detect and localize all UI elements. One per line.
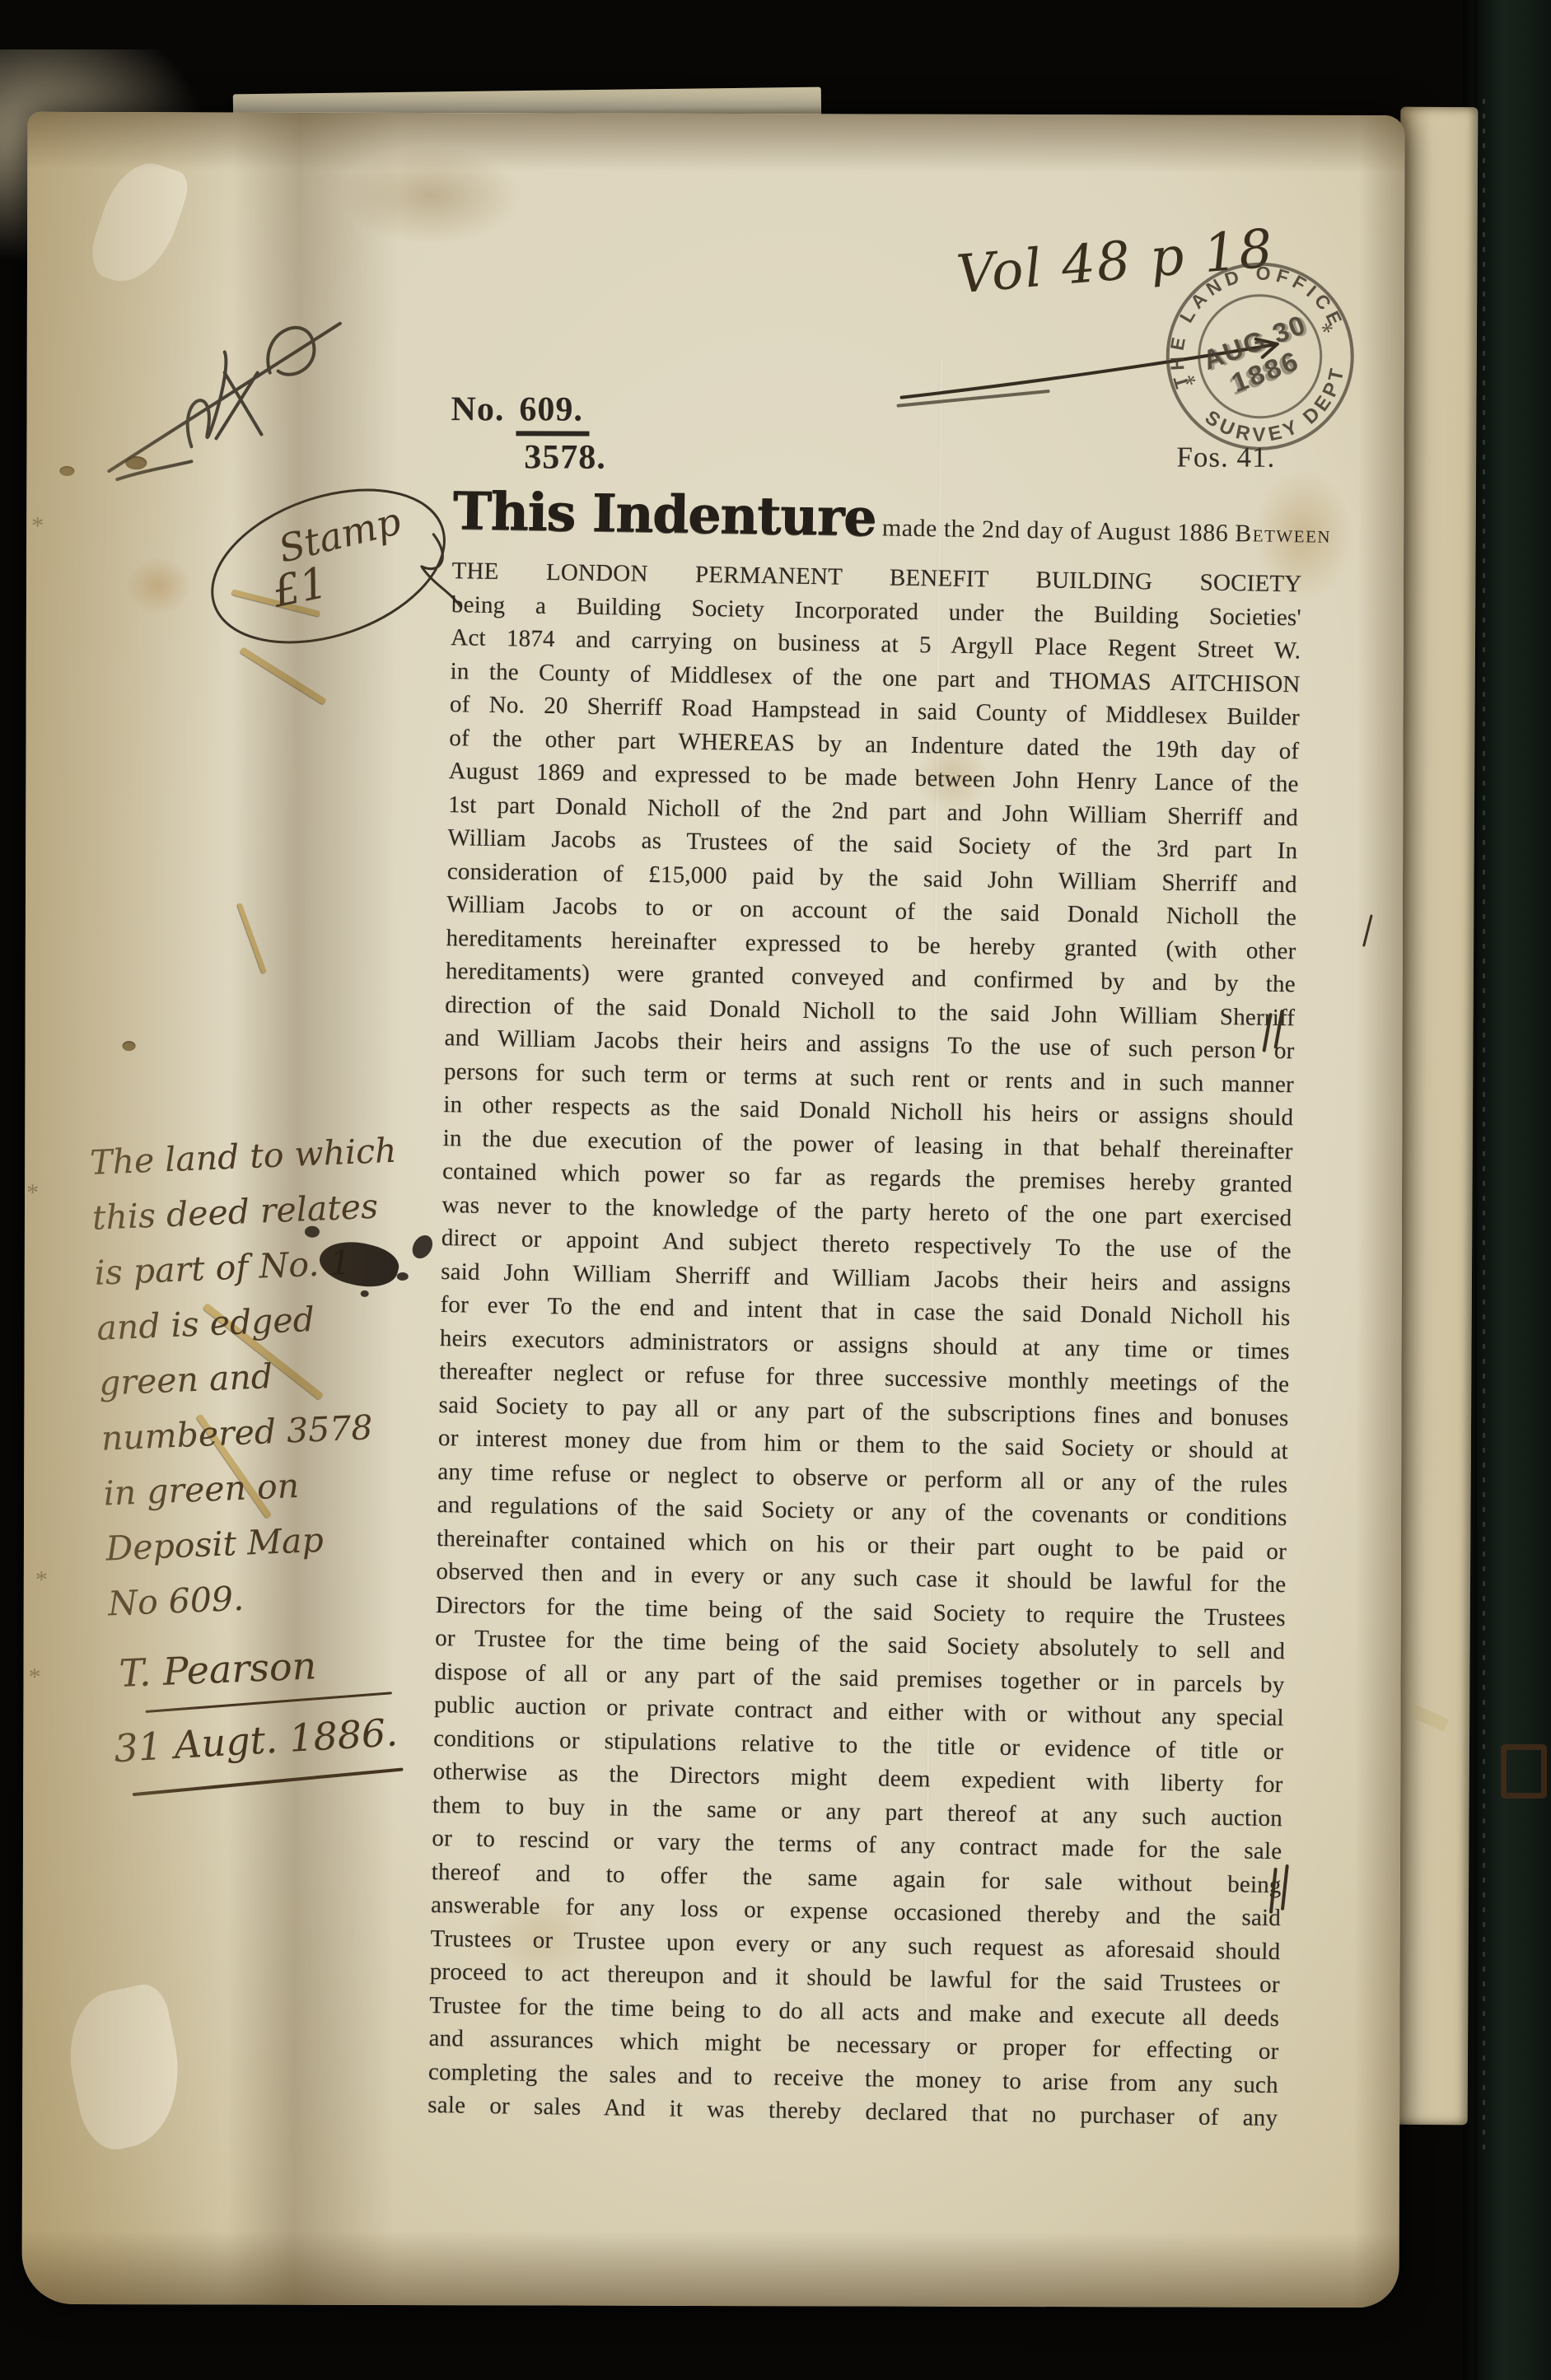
- indenture-heading-blackletter: This Indenture: [452, 480, 876, 548]
- indenture-heading-continuation: made the 2nd day of August 1886: [876, 514, 1236, 547]
- date-underline: [133, 1767, 404, 1796]
- margin-asterisk: *: [28, 1664, 40, 1692]
- marginal-annotation: The land to whichthis deed relatesis par…: [89, 1128, 463, 1639]
- deed-text-column: This Indenture made the 2nd day of Augus…: [427, 480, 1303, 2136]
- pen-tick-mark: [1281, 1864, 1289, 1911]
- examiner-signature: T. Pearson: [119, 1643, 318, 1696]
- deed-number-top: 609.: [516, 390, 590, 436]
- deed-page: Vol 48 p 18 THE LAND OFFICE SURVEY DEPT …: [22, 112, 1405, 2308]
- deed-body-text: THE LONDON PERMANENT BENEFIT BUILDING SO…: [427, 556, 1302, 2136]
- signature-underline: [146, 1692, 392, 1713]
- indenture-heading: This Indenture made the 2nd day of Augus…: [452, 480, 1303, 569]
- margin-asterisk: *: [35, 1566, 48, 1594]
- cover-stitching: [1483, 99, 1485, 2158]
- margin-asterisk: *: [26, 1179, 39, 1207]
- deed-number: No.609.3578.: [451, 390, 606, 477]
- deed-number-bottom: 3578.: [516, 436, 606, 477]
- paper-tear: [57, 1981, 194, 2156]
- annotation-date: 31 Augt. 1886.: [113, 1710, 399, 1771]
- book-cover: [1477, 0, 1551, 2380]
- marginal-annotation-lines: The land to whichthis deed relatesis par…: [89, 1128, 463, 1639]
- book-scan: { "document": { "volume_ref": "Vol 48 p …: [0, 0, 1551, 2380]
- stamp-duty-note: Stamp £1: [195, 466, 479, 677]
- folio-number: Fos. 41.: [1176, 441, 1275, 474]
- indenture-heading-between: Between: [1235, 520, 1331, 548]
- pen-tick-mark: [1362, 914, 1373, 947]
- crossed-initials-scribble: [92, 273, 357, 505]
- cover-buckle-mark: [1501, 1744, 1547, 1799]
- stamp-duty-oval: [195, 466, 479, 674]
- margin-asterisk: *: [31, 512, 44, 540]
- paper-tear: [84, 153, 193, 294]
- deed-number-label: No.: [451, 390, 504, 428]
- binding-thread: [237, 903, 267, 974]
